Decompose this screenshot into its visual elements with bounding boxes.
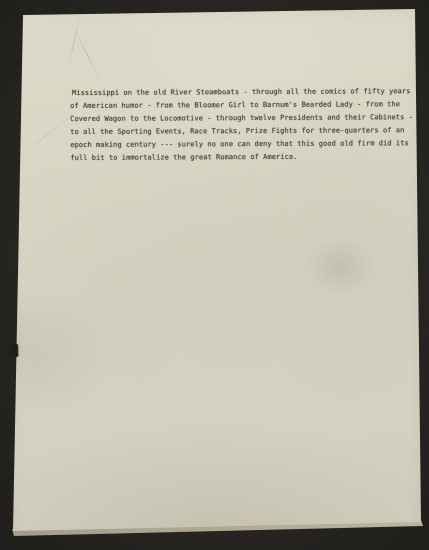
typed-paragraph: Mississippi on the old River Steamboats … <box>70 85 415 165</box>
document-page: Mississippi on the old River Steamboats … <box>0 0 429 550</box>
typed-line: full bit to immortalize the great Romanc… <box>70 150 415 165</box>
typed-line: epoch making century --- surely no one c… <box>70 137 415 152</box>
paper-smudge <box>305 238 375 296</box>
paper-crease <box>71 21 103 84</box>
photo-background: Mississippi on the old River Steamboats … <box>0 0 429 550</box>
staple-mark <box>9 344 18 357</box>
